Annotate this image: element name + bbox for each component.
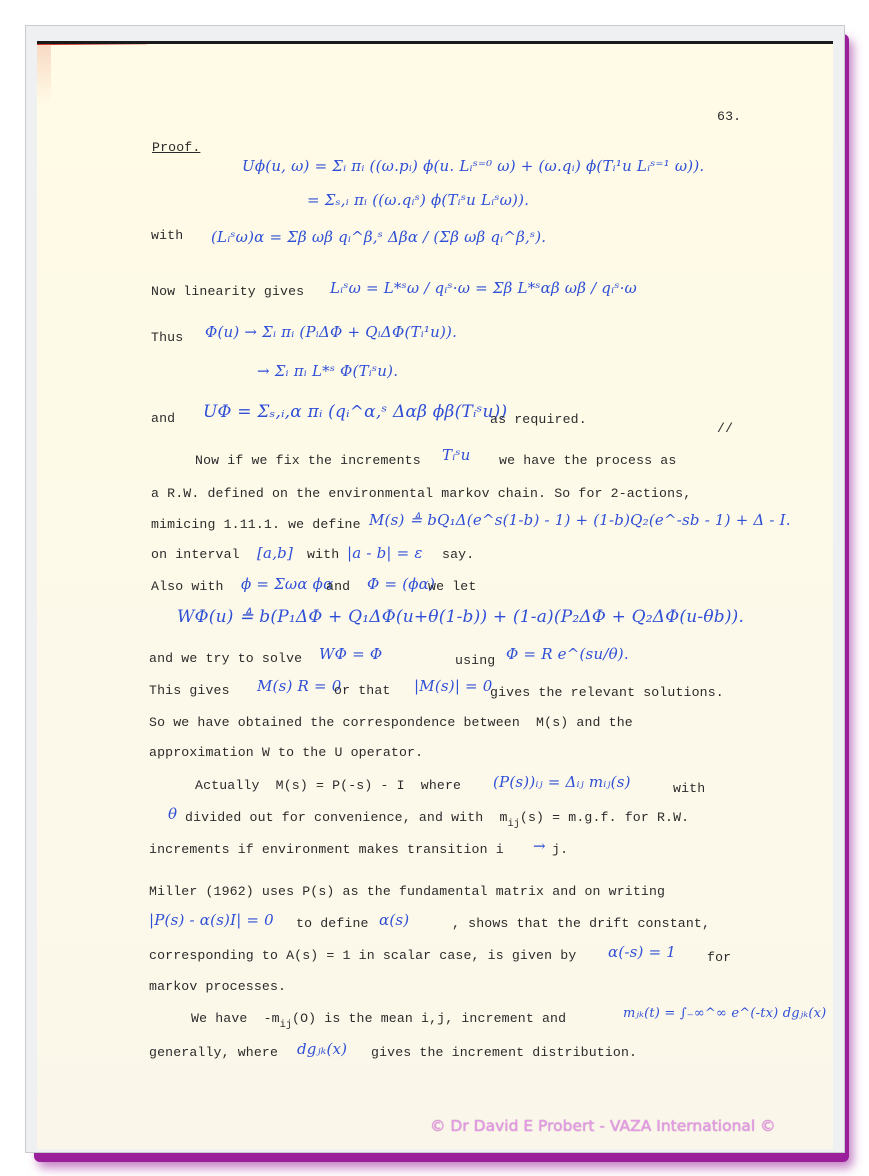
para-approximation: approximation W to the U operator. — [149, 745, 423, 760]
equation-m-s-definition: M(s) ≜ bQ₁Δ(e^s(1-b) - 1) + (1-b)Q₂(e^-s… — [369, 511, 791, 529]
para-this-gives: This gives — [149, 683, 230, 698]
equation-w-phi: WΦ(u) ≜ b(P₁ΔΦ + Q₁ΔΦ(u+θ(1-b)) + (1-a)(… — [177, 607, 744, 627]
para-actually: Actually M(s) = P(-s) - I where — [195, 778, 461, 793]
para-corresponding: corresponding to A(s) = 1 in scalar case… — [149, 948, 576, 963]
linearity-label: Now linearity gives — [151, 284, 304, 299]
qed-mark: // — [717, 421, 733, 436]
para-drift-constant: , shows that the drift constant, — [452, 916, 710, 931]
para-mimicing: mimicing 1.11.1. we define — [151, 517, 361, 532]
math-m-s-r: M(s) R = 0 — [257, 677, 341, 695]
para-also-with: Also with — [151, 579, 224, 594]
para-divided-out-text: divided out for convenience, and with m — [185, 810, 508, 825]
equation-l-omega: (Lᵢˢω)α = Σβ ωβ qᵢ^β,ˢ Δβα / (Σβ ωβ qᵢ^β… — [211, 228, 546, 246]
math-alpha-minus-s: α(-s) = 1 — [608, 943, 676, 961]
math-p-s-ij: (P(s))ᵢⱼ = Δᵢⱼ mᵢⱼ(s) — [493, 773, 631, 791]
para-mean-increment-text: (O) is the mean i,j, increment and — [292, 1011, 566, 1026]
math-m-jk-integral: mⱼₖ(t) = ∫₋∞^∞ e^(-tx) dgⱼₖ(x) — [623, 1006, 826, 1021]
para-divided-out: divided out for convenience, and with mi… — [185, 810, 689, 825]
para-markov-processes: markov processes. — [149, 979, 286, 994]
equation-thus-2: → Σᵢ πᵢ L*ˢ Φ(Tᵢˢu). — [257, 362, 398, 380]
para-random-walk: a R.W. defined on the environmental mark… — [151, 486, 691, 501]
para-with: with — [673, 781, 705, 796]
arrow-transition: → — [533, 837, 546, 855]
para-or-that: or that — [334, 683, 390, 698]
math-phi-exp: Φ = R e^(su/θ). — [506, 645, 629, 663]
subscript-ij-2: ij — [280, 1020, 292, 1031]
equation-u-phi-final: UΦ = Σₛ,ᵢ,α πᵢ (qᵢ^α,ˢ Δαβ ϕβ(Tᵢˢu)) — [203, 402, 507, 422]
math-phi-sum: ϕ = Σωα ϕα — [241, 575, 333, 593]
math-interval: [a,b] — [257, 544, 293, 562]
para-transition: increments if environment makes transiti… — [149, 842, 504, 857]
para-we-have-text: We have -m — [191, 1011, 280, 1026]
math-dg-jk: dgⱼₖ(x) — [297, 1040, 347, 1058]
equation-linearity: Lᵢˢω = L*ˢω / qᵢˢ·ω = Σβ L*ˢαβ ωβ / qᵢˢ·… — [330, 279, 637, 297]
para-mgf-text: (s) = m.g.f. for R.W. — [520, 810, 689, 825]
para-interval-with: with — [307, 547, 339, 562]
as-required-text: as required. — [490, 412, 587, 427]
thus-label: Thus — [151, 330, 183, 345]
para-also-and: and — [326, 579, 350, 594]
copyright-watermark: © Dr David E Probert - VAZA Internationa… — [430, 1117, 776, 1135]
page-number: 63. — [717, 109, 741, 124]
para-relevant-solutions: gives the relevant solutions. — [490, 685, 724, 700]
para-to-define: to define — [296, 916, 369, 931]
para-increment-distribution: gives the increment distribution. — [371, 1045, 637, 1060]
para-we-let: we let — [428, 579, 476, 594]
math-increments: Tᵢˢu — [442, 446, 471, 464]
para-generally: generally, where — [149, 1045, 278, 1060]
para-fix-increments: Now if we fix the increments — [195, 453, 421, 468]
para-transition-j: j. — [552, 842, 568, 857]
proof-heading: Proof. — [152, 140, 200, 155]
para-correspondence: So we have obtained the correspondence b… — [149, 715, 633, 730]
para-we-have: We have -mij(O) is the mean i,j, increme… — [191, 1011, 566, 1026]
para-for: for — [707, 950, 731, 965]
math-w-phi-eq: WΦ = Φ — [319, 645, 382, 663]
para-using: using — [455, 653, 495, 668]
equation-u-phi-cont: = Σₛ,ᵢ πᵢ ((ω.qᵢˢ) ϕ(Tᵢˢu Lᵢˢω)). — [307, 191, 529, 209]
and-label: and — [151, 411, 175, 426]
para-try-solve: and we try to solve — [149, 651, 302, 666]
math-epsilon: |a - b| = ε — [347, 544, 423, 562]
math-det-p-alpha: |P(s) - α(s)I| = 0 — [149, 911, 274, 929]
subscript-ij: ij — [508, 819, 520, 830]
para-fix-increments-b: we have the process as — [499, 453, 676, 468]
equation-u-phi: Uϕ(u, ω) = Σᵢ πᵢ ((ω.pᵢ) ϕ(u. Lᵢˢ⁼⁰ ω) +… — [242, 157, 704, 175]
math-theta: θ — [168, 805, 177, 823]
math-phi-vector: Φ = (ϕα) — [367, 575, 435, 593]
para-interval: on interval — [151, 547, 240, 562]
para-miller: Miller (1962) uses P(s) as the fundament… — [149, 884, 665, 899]
with-label: with — [151, 228, 183, 243]
document-page: 63. Proof. Uϕ(u, ω) = Σᵢ πᵢ ((ω.pᵢ) ϕ(u.… — [37, 41, 833, 1149]
math-det-m-s: |M(s)| = 0 — [414, 677, 493, 695]
para-interval-say: say. — [442, 547, 474, 562]
equation-thus-1: Φ(u) → Σᵢ πᵢ (PᵢΔΦ + QᵢΔΦ(Tᵢ¹u)). — [205, 323, 457, 341]
math-alpha-s: α(s) — [379, 911, 409, 929]
